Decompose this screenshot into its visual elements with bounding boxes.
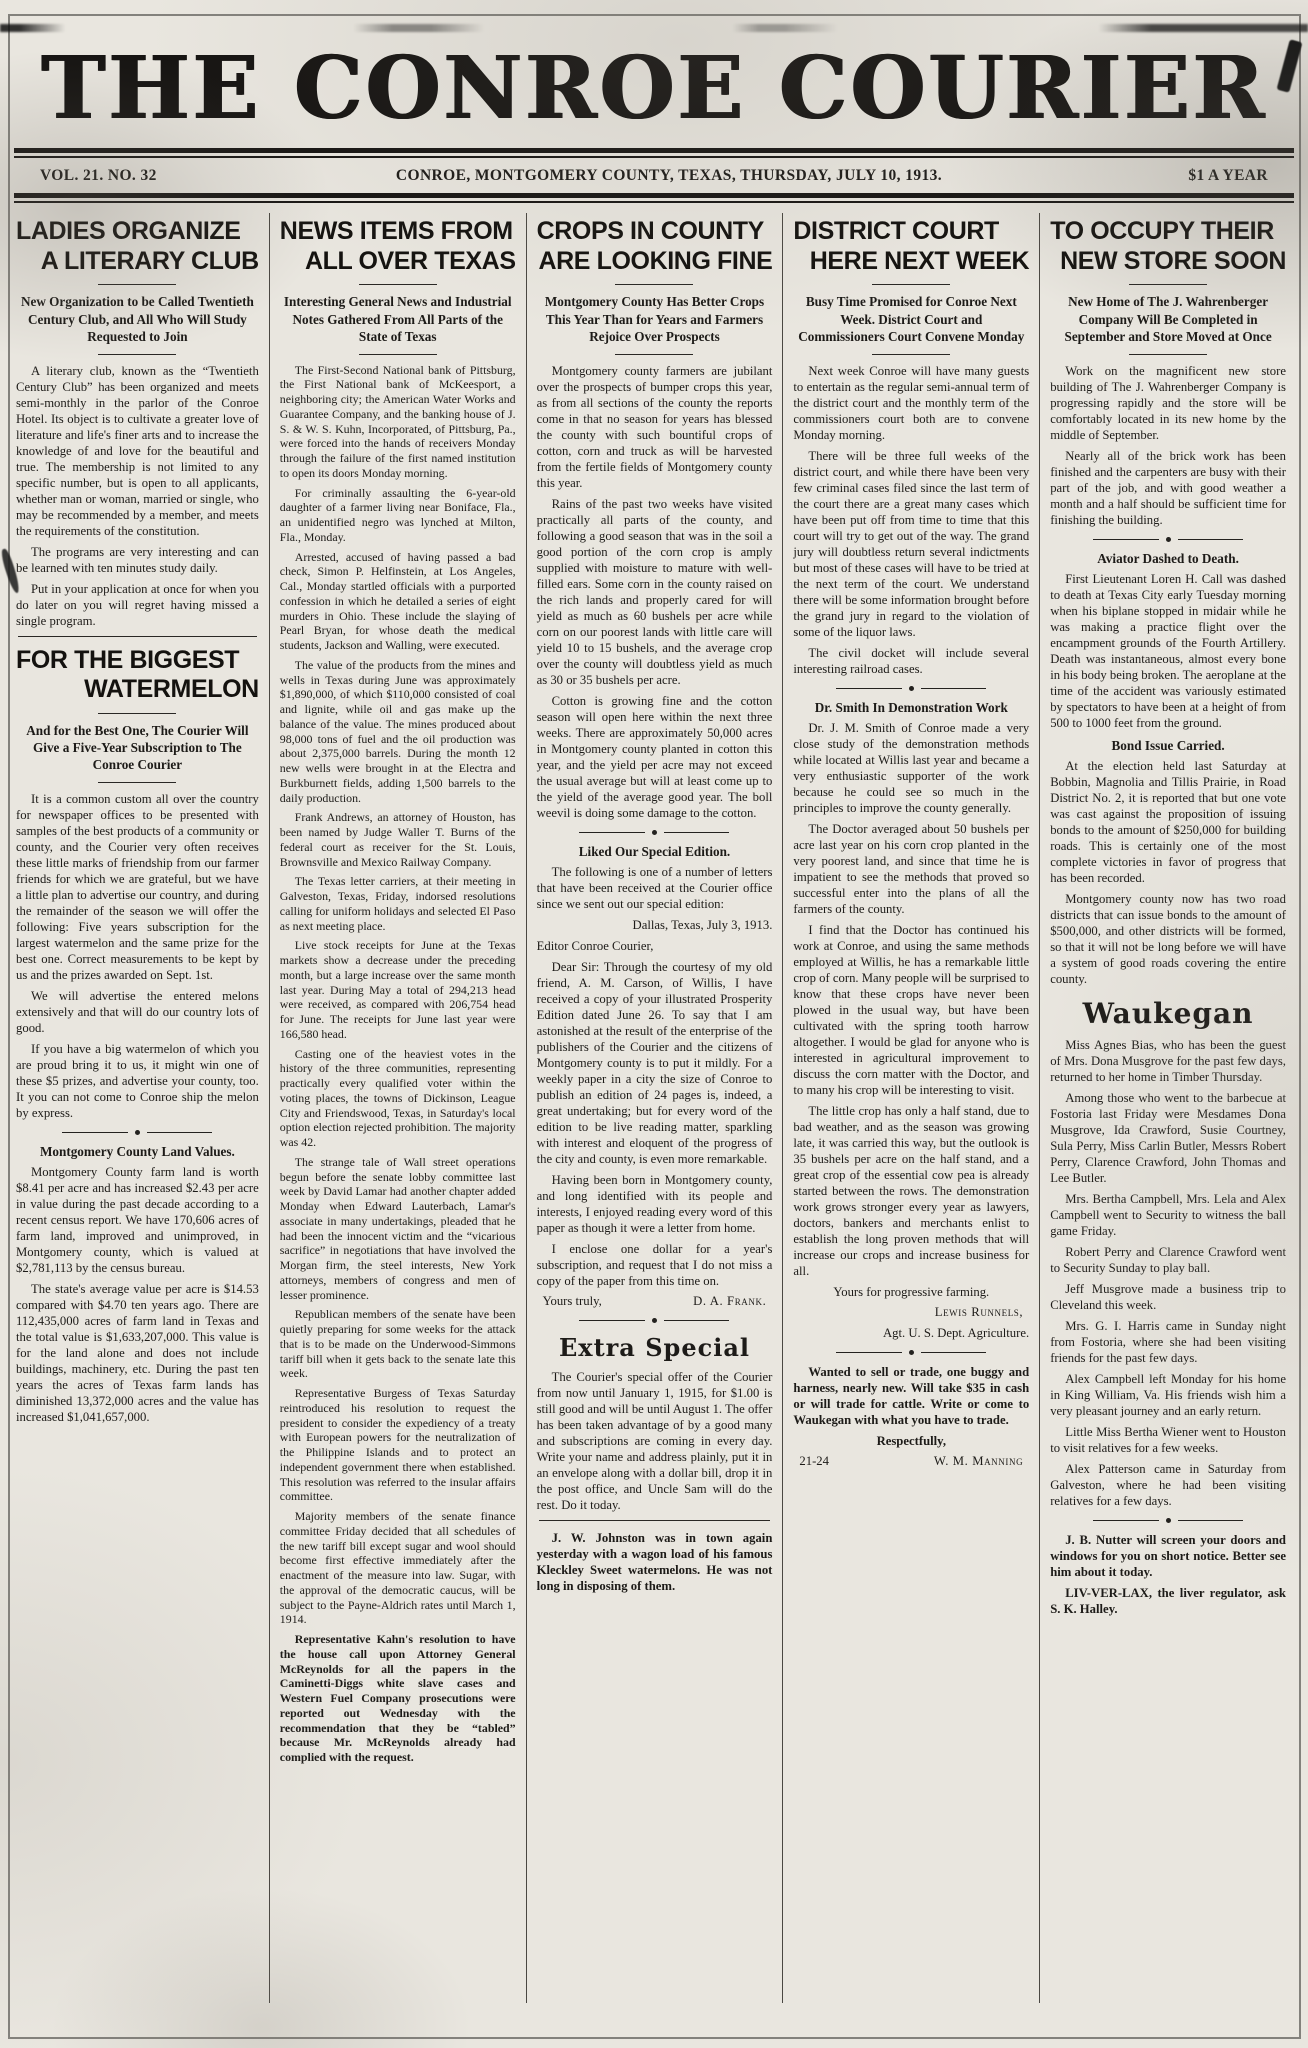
dateline-rule-inner — [14, 201, 1294, 203]
article-paragraph: Jeff Musgrove made a business trip to Cl… — [1050, 1281, 1286, 1313]
ornament-divider — [579, 830, 729, 835]
article-paragraph: Dr. J. M. Smith of Conroe made a very cl… — [793, 720, 1029, 816]
headline-line: ARE LOOKING FINE — [537, 247, 773, 277]
article-paragraph: The value of the products from the mines… — [280, 658, 516, 806]
article-paragraph: For criminally assaulting the 6-year-old… — [280, 486, 516, 545]
section-subhead: Montgomery County Land Values. — [16, 1144, 259, 1160]
short-rule — [1129, 354, 1207, 355]
article-paragraph: Alex Campbell left Monday for his home i… — [1050, 1371, 1286, 1419]
headline-line: NEWS ITEMS FROM — [280, 217, 516, 247]
headline-line: DISTRICT COURT — [793, 217, 1029, 247]
signature-right: Lewis Runnels, — [935, 1305, 1023, 1320]
article-paragraph: Dallas, Texas, July 3, 1913. — [537, 917, 773, 933]
ornament-divider — [1093, 1518, 1243, 1523]
article-paragraph: Republican members of the senate have be… — [280, 1307, 516, 1381]
headline-line: CROPS IN COUNTY — [537, 217, 773, 247]
article-paragraph: The civil docket will include several in… — [793, 645, 1029, 677]
article-paragraph: The following is one of a number of lett… — [537, 864, 773, 912]
ornament-divider — [836, 686, 986, 691]
ornament-divider — [1093, 537, 1243, 542]
article-deck: New Home of The J. Wahrenberger Company … — [1054, 293, 1282, 345]
news-column: NEWS ITEMS FROMALL OVER TEXASInteresting… — [269, 213, 526, 2003]
short-rule — [615, 284, 693, 285]
signature-row: Lewis Runnels, — [799, 1305, 1023, 1320]
article-paragraph: Wanted to sell or trade, one buggy and h… — [793, 1364, 1029, 1428]
article-deck: And for the Best One, The Courier Will G… — [20, 722, 255, 774]
article-headline: TO OCCUPY THEIRNEW STORE SOON — [1050, 217, 1286, 276]
short-rule — [1129, 284, 1207, 285]
article-paragraph: Alex Patterson came in Saturday from Gal… — [1050, 1461, 1286, 1509]
ornament-dot — [909, 1350, 914, 1355]
article-paragraph: A literary club, known as the “Twentieth… — [16, 363, 259, 539]
news-column: CROPS IN COUNTYARE LOOKING FINEMontgomer… — [526, 213, 783, 2003]
signature-left: Yours truly, — [543, 1294, 602, 1309]
article-paragraph: It is a common custom all over the count… — [16, 791, 259, 983]
article-paragraph: Little Miss Bertha Wiener went to Housto… — [1050, 1424, 1286, 1456]
ornament-divider — [836, 1350, 986, 1355]
masthead: THE CONROE COURIER — [0, 0, 1308, 134]
short-rule — [98, 782, 176, 783]
article-paragraph: Frank Andrews, an attorney of Houston, h… — [280, 810, 516, 869]
signature-right: D. A. Frank. — [693, 1294, 766, 1309]
article-paragraph: Respectfully, — [793, 1433, 1029, 1449]
article-paragraph: Montgomery County farm land is worth $8.… — [16, 1164, 259, 1276]
article-paragraph: Casting one of the heaviest votes in the… — [280, 1047, 516, 1150]
article-paragraph: Agt. U. S. Dept. Agriculture. — [793, 1325, 1029, 1341]
article-headline: LADIES ORGANIZEA LITERARY CLUB — [16, 217, 259, 276]
signature-left: 21-24 — [799, 1454, 829, 1469]
news-column: DISTRICT COURTHERE NEXT WEEKBusy Time Pr… — [782, 213, 1039, 2003]
headline-line: A LITERARY CLUB — [16, 247, 259, 277]
headline-line: NEW STORE SOON — [1050, 247, 1286, 277]
article-paragraph: First Lieutenant Loren H. Call was dashe… — [1050, 571, 1286, 731]
columns-container: LADIES ORGANIZEA LITERARY CLUBNew Organi… — [12, 213, 1296, 2003]
ornament-divider — [62, 1130, 212, 1135]
masthead-rule — [14, 148, 1294, 158]
ornament-dot — [652, 1318, 657, 1323]
article-paragraph: J. W. Johnston was in town again yesterd… — [537, 1530, 773, 1594]
short-rule — [98, 354, 176, 355]
signature-row: 21-24W. M. Manning — [799, 1454, 1023, 1469]
article-paragraph: Among those who went to the barbecue at … — [1050, 1090, 1286, 1186]
article-paragraph: Yours for progressive farming. — [793, 1284, 1029, 1300]
article-paragraph: Mrs. Bertha Campbell, Mrs. Lela and Alex… — [1050, 1191, 1286, 1239]
signature-right: W. M. Manning — [934, 1454, 1023, 1469]
article-paragraph: LIV-VER-LAX, the liver regulator, ask S.… — [1050, 1585, 1286, 1617]
article-paragraph: Mrs. G. I. Harris came in Sunday night f… — [1050, 1318, 1286, 1366]
article-paragraph: Representative Burgess of Texas Saturday… — [280, 1386, 516, 1504]
short-rule — [872, 354, 950, 355]
section-subhead: Dr. Smith In Demonstration Work — [793, 700, 1029, 716]
article-paragraph: The programs are very interesting and ca… — [16, 544, 259, 576]
headline-line: WATERMELON — [16, 675, 259, 705]
article-paragraph: If you have a big watermelon of which yo… — [16, 1041, 259, 1121]
section-subhead: Aviator Dashed to Death. — [1050, 551, 1286, 567]
short-rule — [359, 284, 437, 285]
article-paragraph: J. B. Nutter will screen your doors and … — [1050, 1532, 1286, 1580]
article-paragraph: The little crop has only a half stand, d… — [793, 1103, 1029, 1279]
ornament-dot — [652, 830, 657, 835]
article-headline: FOR THE BIGGESTWATERMELON — [16, 646, 259, 705]
section-subhead: Bond Issue Carried. — [1050, 738, 1286, 754]
headline-line: ALL OVER TEXAS — [280, 247, 516, 277]
headline-line: FOR THE BIGGEST — [16, 646, 259, 676]
short-rule — [615, 354, 693, 355]
news-column: TO OCCUPY THEIRNEW STORE SOONNew Home of… — [1039, 213, 1296, 2003]
article-deck: Montgomery County Has Better Crops This … — [541, 293, 769, 345]
short-rule — [98, 284, 176, 285]
ornament-divider — [579, 1318, 729, 1323]
column-rule — [18, 636, 257, 637]
short-rule — [872, 284, 950, 285]
section-title: Waukegan — [1050, 997, 1286, 1030]
article-deck: New Organization to be Called Twentieth … — [20, 293, 255, 345]
article-paragraph: Live stock receipts for June at the Texa… — [280, 938, 516, 1041]
article-headline: DISTRICT COURTHERE NEXT WEEK — [793, 217, 1029, 276]
article-paragraph: Having been born in Montgomery county, a… — [537, 1172, 773, 1236]
subscription-price: $1 A YEAR — [1068, 167, 1268, 185]
article-paragraph: Work on the magnificent new store buildi… — [1050, 363, 1286, 443]
article-paragraph: Put in your application at once for when… — [16, 581, 259, 629]
dateline-rule — [14, 193, 1294, 203]
article-paragraph: Next week Conroe will have many guests t… — [793, 363, 1029, 443]
article-paragraph: Rains of the past two weeks have visited… — [537, 496, 773, 688]
article-paragraph: The Courier's special offer of the Couri… — [537, 1369, 773, 1513]
signature-row: Yours truly,D. A. Frank. — [543, 1294, 767, 1309]
article-paragraph: Montgomery county farmers are jubilant o… — [537, 363, 773, 491]
article-paragraph: The Doctor averaged about 50 bushels per… — [793, 821, 1029, 917]
article-deck: Busy Time Promised for Conroe Next Week.… — [797, 293, 1025, 345]
article-headline: CROPS IN COUNTYARE LOOKING FINE — [537, 217, 773, 276]
ornament-dot — [1166, 537, 1171, 542]
section-subhead: Liked Our Special Edition. — [537, 844, 773, 860]
article-deck: Interesting General News and Industrial … — [284, 293, 512, 345]
article-paragraph: Nearly all of the brick work has been fi… — [1050, 448, 1286, 528]
column-rule — [539, 1520, 771, 1521]
article-paragraph: I find that the Doctor has continued his… — [793, 922, 1029, 1098]
masthead-title: THE CONROE COURIER — [0, 44, 1308, 134]
article-paragraph: Arrested, accused of having passed a bad… — [280, 550, 516, 653]
short-rule — [359, 354, 437, 355]
article-paragraph: Cotton is growing fine and the cotton se… — [537, 693, 773, 821]
ornament-dot — [909, 686, 914, 691]
article-paragraph: There will be three full weeks of the di… — [793, 448, 1029, 640]
volume-number: VOL. 21. NO. 32 — [40, 167, 270, 185]
issue-dateline: CONROE, MONTGOMERY COUNTY, TEXAS, THURSD… — [270, 167, 1068, 185]
short-rule — [98, 713, 176, 714]
article-paragraph: We will advertise the entered melons ext… — [16, 988, 259, 1036]
article-paragraph: Montgomery county now has two road distr… — [1050, 891, 1286, 987]
article-paragraph: The strange tale of Wall street operatio… — [280, 1155, 516, 1303]
headline-line: LADIES ORGANIZE — [16, 217, 259, 247]
article-paragraph: The Texas letter carriers, at their meet… — [280, 874, 516, 933]
section-title: Extra Special — [537, 1333, 773, 1362]
headline-line: HERE NEXT WEEK — [793, 247, 1029, 277]
article-paragraph: Majority members of the senate finance c… — [280, 1509, 516, 1627]
masthead-rule-inner — [14, 156, 1294, 158]
article-paragraph: The state's average value per acre is $1… — [16, 1281, 259, 1425]
article-headline: NEWS ITEMS FROMALL OVER TEXAS — [280, 217, 516, 276]
news-column: LADIES ORGANIZEA LITERARY CLUBNew Organi… — [12, 213, 269, 2003]
article-paragraph: Dear Sir: Through the courtesy of my old… — [537, 959, 773, 1167]
article-paragraph: Miss Agnes Bias, who has been the guest … — [1050, 1037, 1286, 1085]
ornament-dot — [1166, 1518, 1171, 1523]
ornament-dot — [135, 1130, 140, 1135]
article-paragraph: Editor Conroe Courier, — [537, 938, 773, 954]
article-paragraph: The First-Second National bank of Pittsb… — [280, 363, 516, 481]
headline-line: TO OCCUPY THEIR — [1050, 217, 1286, 247]
dateline: VOL. 21. NO. 32 CONROE, MONTGOMERY COUNT… — [40, 167, 1268, 185]
article-paragraph: I enclose one dollar for a year's subscr… — [537, 1241, 773, 1289]
article-paragraph: At the election held last Saturday at Bo… — [1050, 758, 1286, 886]
article-paragraph: Robert Perry and Clarence Crawford went … — [1050, 1244, 1286, 1276]
article-paragraph: Representative Kahn's resolution to have… — [280, 1632, 516, 1765]
